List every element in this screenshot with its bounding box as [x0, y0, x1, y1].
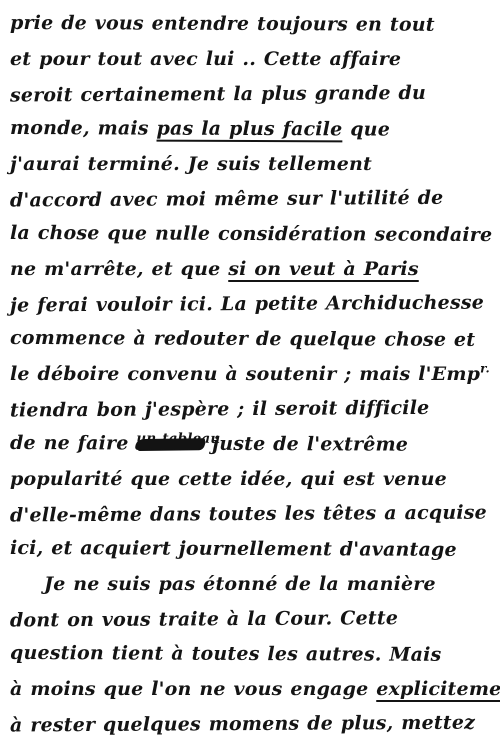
manuscript-line: je ferai vouloir ici. La petite Archiduc…	[10, 286, 496, 324]
underlined-passage: explicitement	[376, 678, 500, 700]
line-text: de ne faire	[10, 432, 136, 455]
manuscript-line-paragraph-start: Je ne suis pas étonné de la manière	[10, 567, 496, 602]
line-text: question tient à toutes les autres. Mais	[10, 642, 442, 666]
manuscript-page: prie de vous entendre toujours en tout e…	[0, 0, 500, 752]
scratched-out-word	[134, 438, 206, 450]
manuscript-line: ici, et acquiert journellement d'avantag…	[10, 531, 496, 568]
line-text: ne m'arrête, et que	[10, 258, 228, 280]
line-text: la chose que nulle considération seconda…	[10, 222, 492, 246]
manuscript-line: d'elle-même dans toutes les têtes a acqu…	[10, 496, 496, 534]
line-text: à rester quelques momens de plus, mettez	[10, 712, 475, 737]
line-text: d'accord avec moi même sur l'utilité de	[10, 187, 444, 212]
superscript-abbreviation: r.	[480, 362, 490, 376]
manuscript-line: monde, mais pas la plus facile que	[10, 111, 496, 148]
line-text: je ferai vouloir ici. La petite Archiduc…	[10, 292, 484, 317]
line-text: popularité que cette idée, qui est venue	[10, 468, 447, 490]
line-text: le déboire convenu à soutenir ; mais l'E…	[10, 363, 480, 385]
manuscript-line: dont on vous traite à la Cour. Cette	[10, 601, 496, 639]
correction-group: un tableau	[136, 426, 204, 460]
manuscript-line: de ne faire un tableau juste de l'extrêm…	[10, 426, 496, 463]
line-text: tiendra bon j'espère ; il seroit diffici…	[10, 397, 430, 422]
manuscript-line: question tient à toutes les autres. Mais	[10, 636, 496, 673]
line-text: et pour tout avec lui .. Cette affaire	[10, 48, 401, 70]
line-text: d'elle-même dans toutes les têtes a acqu…	[10, 502, 487, 527]
underlined-passage: pas la plus facile	[157, 118, 343, 141]
manuscript-line: ne m'arrête, et que si on veut à Paris	[10, 252, 496, 287]
line-text: j'aurai terminé. Je suis tellement	[10, 153, 372, 175]
manuscript-line: commence à redouter de quelque chose et	[10, 321, 496, 358]
manuscript-line: d'accord avec moi même sur l'utilité de	[10, 181, 496, 219]
manuscript-line: j'aurai terminé. Je suis tellement	[10, 147, 496, 182]
manuscript-line: seroit certainement la plus grande du	[10, 76, 496, 114]
manuscript-line: à moins que l'on ne vous engage explicit…	[10, 672, 496, 707]
line-text: Je ne suis pas étonné de la manière	[44, 573, 436, 595]
line-text: juste de l'extrême	[204, 433, 408, 456]
manuscript-line: la chose que nulle considération seconda…	[10, 216, 496, 253]
line-text: ici, et acquiert journellement d'avantag…	[10, 537, 457, 561]
line-text: commence à redouter de quelque chose et	[10, 327, 475, 351]
manuscript-line: et pour tout avec lui .. Cette affaire	[10, 42, 496, 77]
underlined-passage: si on veut à Paris	[228, 258, 419, 280]
manuscript-line: prie de vous entendre toujours en tout	[10, 6, 496, 43]
line-text: monde, mais	[10, 117, 157, 140]
line-text: que	[342, 118, 390, 140]
line-text: dont on vous traite à la Cour. Cette	[10, 607, 398, 631]
manuscript-line: popularité que cette idée, qui est venue	[10, 462, 496, 497]
line-text: seroit certainement la plus grande du	[10, 82, 426, 107]
manuscript-line: tiendra bon j'espère ; il seroit diffici…	[10, 391, 496, 429]
line-text: prie de vous entendre toujours en tout	[10, 12, 435, 36]
manuscript-line: à rester quelques momens de plus, mettez	[10, 706, 496, 744]
manuscript-line: le déboire convenu à soutenir ; mais l'E…	[10, 357, 496, 392]
line-text: à moins que l'on ne vous engage	[10, 678, 376, 700]
